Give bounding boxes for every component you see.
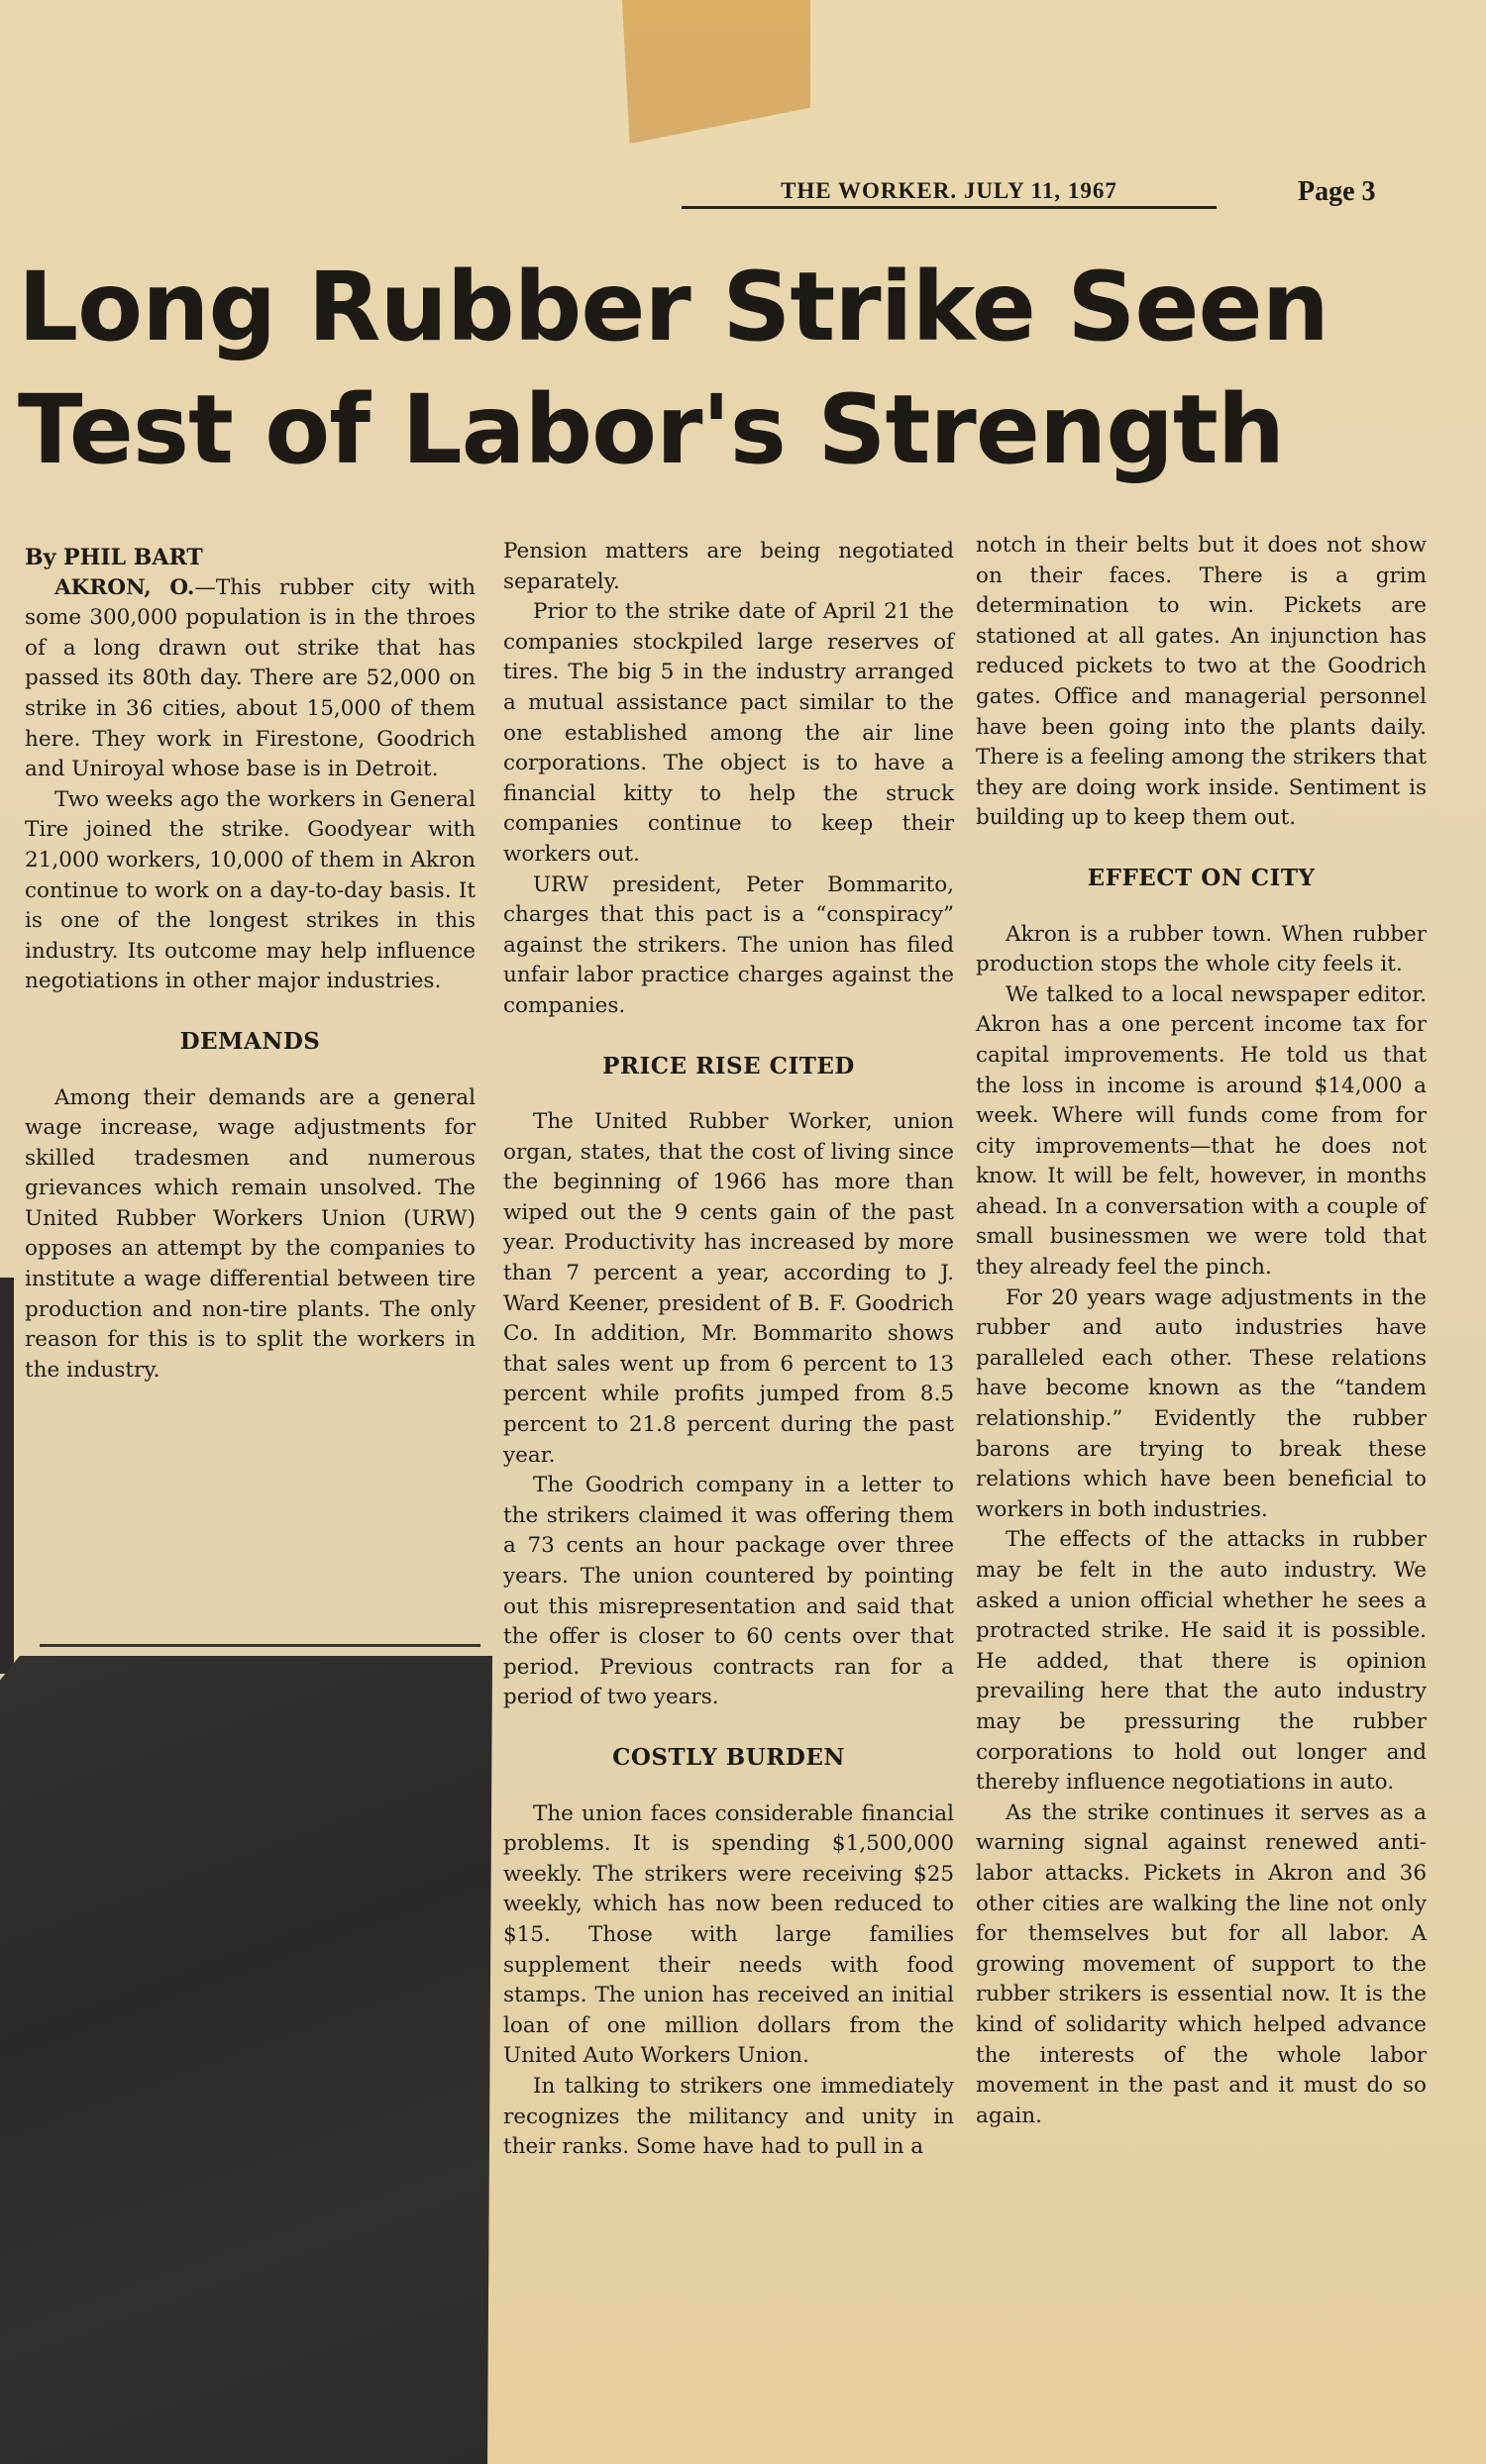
paragraph-text: —This rubber city with some 300,000 popu…	[25, 575, 476, 782]
paragraph: Akron is a rubber town. When rubber prod…	[976, 920, 1427, 980]
paragraph: We talked to a local newspaper editor. A…	[976, 980, 1427, 1283]
article-column-2: Pension matters are being negotiated sep…	[503, 537, 954, 2163]
paragraph: In talking to strikers one immediately r…	[503, 2072, 954, 2163]
masthead: THE WORKER. JULY 11, 1967	[682, 178, 1217, 209]
article-column-1: By PHIL BART AKRON, O.—This rubber city …	[25, 543, 476, 1386]
subhead-costly-burden: COSTLY BURDEN	[503, 1743, 954, 1774]
backing-edge	[0, 1278, 14, 1674]
paragraph: Pension matters are being negotiated sep…	[503, 537, 954, 597]
paragraph: For 20 years wage adjustments in the rub…	[976, 1283, 1427, 1526]
paragraph: The Goodrich company in a letter to the …	[503, 1471, 954, 1713]
article-column-3: notch in their belts but it does not sho…	[976, 531, 1427, 2131]
paragraph: As the strike continues it serves as a w…	[976, 1798, 1427, 2132]
page-number: Page 3	[1298, 176, 1376, 208]
byline: By PHIL BART	[25, 543, 476, 573]
paragraph: The effects of the attacks in rubber may…	[976, 1525, 1427, 1797]
headline-line-1: Long Rubber Strike Seen	[18, 246, 1474, 368]
headline-line-2: Test of Labor's Strength	[18, 368, 1474, 491]
dateline: AKRON, O.	[54, 575, 194, 600]
subhead-effect-on-city: EFFECT ON CITY	[976, 864, 1427, 894]
dark-backing-paper	[0, 1656, 492, 2464]
paragraph: Two weeks ago the workers in General Tir…	[25, 785, 476, 997]
column-end-rule	[40, 1644, 480, 1647]
paragraph: URW president, Peter Bommarito, charges …	[503, 871, 954, 1022]
paragraph: The United Rubber Worker, union organ, s…	[503, 1107, 954, 1471]
paragraph: Among their demands are a general wage i…	[25, 1083, 476, 1386]
paragraph: notch in their belts but it does not sho…	[976, 531, 1427, 834]
paragraph: AKRON, O.—This rubber city with some 300…	[25, 573, 476, 785]
paragraph: The union faces considerable financial p…	[503, 1799, 954, 2072]
subhead-demands: DEMANDS	[25, 1027, 476, 1058]
headline: Long Rubber Strike Seen Test of Labor's …	[18, 246, 1474, 491]
subhead-price-rise: PRICE RISE CITED	[503, 1052, 954, 1082]
tape-strip	[622, 0, 810, 144]
paragraph: Prior to the strike date of April 21 the…	[503, 597, 954, 870]
